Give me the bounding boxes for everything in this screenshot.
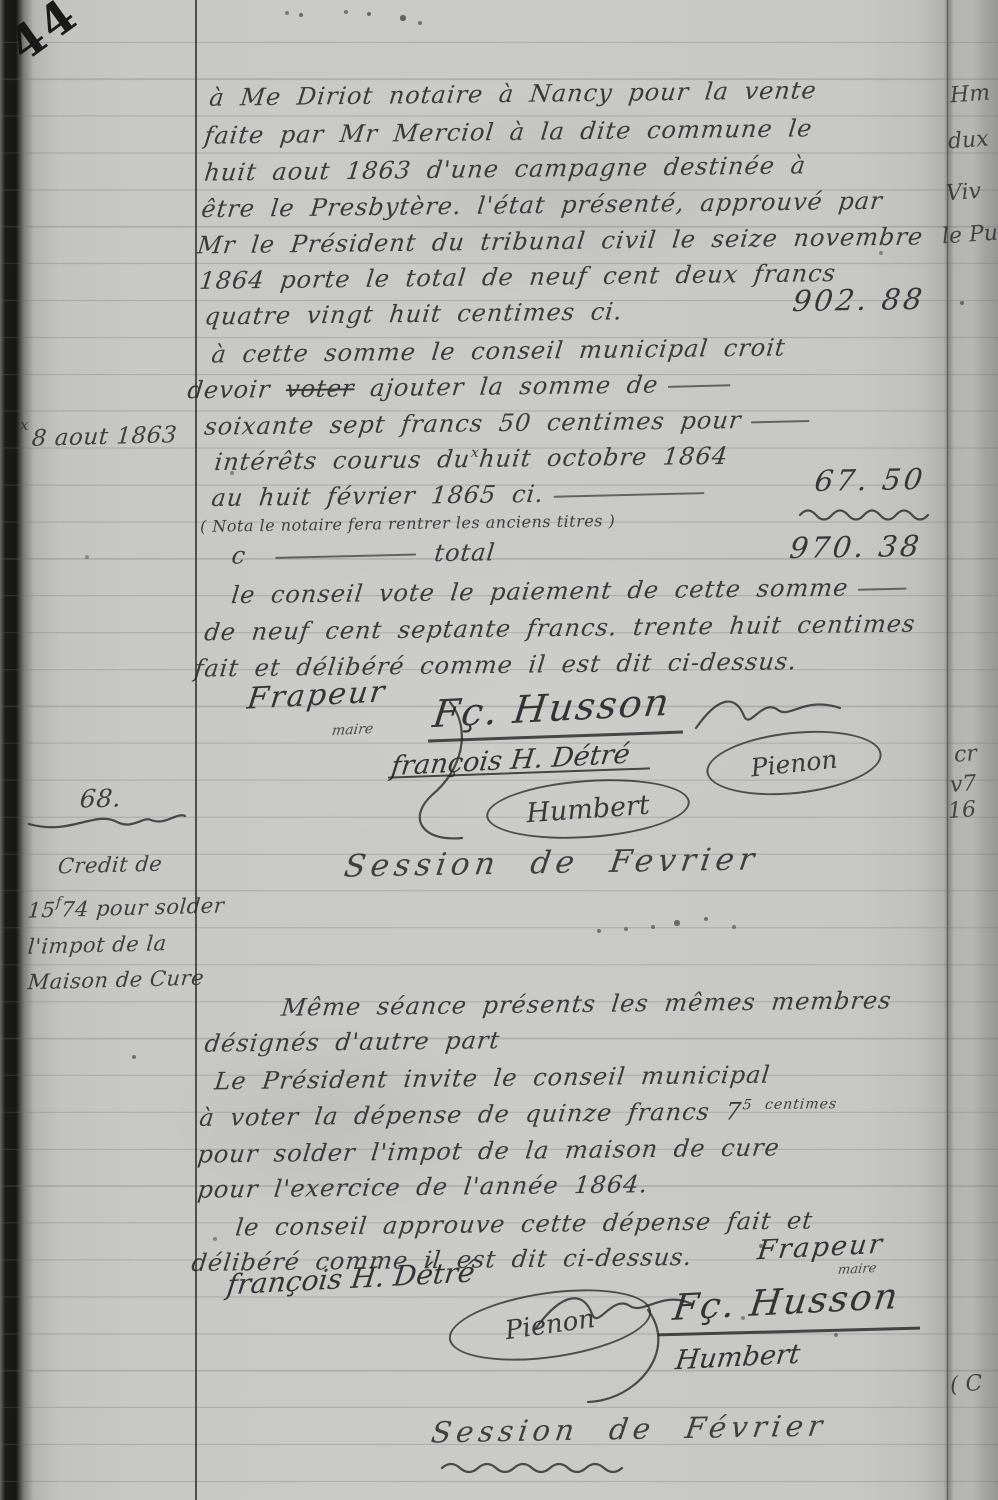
illegible-paraph bbox=[528, 1280, 698, 1410]
ink-dash bbox=[858, 587, 906, 590]
signature-name: Pienon bbox=[749, 744, 838, 782]
margin-credit-line4: Maison de Cure bbox=[27, 966, 205, 995]
text-line: huit aout 1863 d'une campagne destinée à bbox=[203, 151, 808, 186]
text-line: le conseil approuve cette dépense fait e… bbox=[234, 1206, 815, 1241]
facing-page-fragment: dux bbox=[947, 127, 989, 155]
facing-page-fragment: ( C bbox=[949, 1371, 983, 1398]
signature-mayor-title: maire bbox=[837, 1261, 877, 1278]
wavy-rule bbox=[798, 503, 938, 523]
text-line: désignés d'autre part bbox=[203, 1026, 502, 1058]
margin-credit-amount: 15f74 pour solder bbox=[27, 890, 226, 922]
text-line-with-insert: intérêts courus duxhuit octobre 1864 bbox=[213, 442, 730, 476]
text-line: le conseil vote le paiement de cette som… bbox=[230, 573, 908, 609]
text-line: Mr le Président du tribunal civil le sei… bbox=[196, 223, 925, 260]
word: soixante sept francs 50 centimes pour bbox=[203, 406, 743, 441]
register-page: 44 x 8 aout 1863 68. Credit de 15f74 pou… bbox=[0, 0, 998, 1500]
page-number: 44 bbox=[0, 0, 89, 72]
wavy-rule bbox=[440, 1458, 640, 1476]
signature-husson: Fç. Husson bbox=[671, 1276, 902, 1329]
margin-insertion-mark: x bbox=[20, 416, 28, 434]
credit-amount-int: 15 bbox=[27, 898, 57, 923]
text-line: faite par Mr Merciol à la dite commune l… bbox=[203, 114, 814, 149]
text-line: être le Presbytère. l'état présenté, app… bbox=[200, 187, 884, 223]
text-line: fait et délibéré comme il est dit ci-des… bbox=[193, 647, 799, 682]
text-line: de neuf cent septante francs. trente hui… bbox=[203, 610, 917, 647]
text-line: à cette somme le conseil municipal croit bbox=[210, 333, 787, 368]
facing-page-fragment: Hm bbox=[949, 81, 991, 109]
ink-dash bbox=[751, 419, 809, 422]
word: à voter la dépense de quinze francs 7 bbox=[198, 1097, 744, 1132]
signature-humbert: Humbert bbox=[484, 773, 692, 845]
text-line-with-sup: à voter la dépense de quinze francs 75 c… bbox=[198, 1096, 838, 1132]
signature-mayor-title: maire bbox=[331, 721, 374, 739]
word: ajouter la somme de bbox=[369, 371, 660, 403]
ink-specks bbox=[0, 0, 2, 2]
text-line: soixante sept francs 50 centimes pour bbox=[203, 405, 811, 440]
amount-902-88: 902. 88 bbox=[791, 282, 927, 318]
total-label: total bbox=[433, 538, 497, 567]
facing-page-fragment: v7 bbox=[949, 771, 977, 798]
facing-page-fragment: cr bbox=[953, 741, 978, 768]
facing-page-fragment: Viv bbox=[945, 179, 982, 206]
margin-date: 8 aout 1863 bbox=[31, 422, 178, 452]
margin-credit-line3: l'impot de la bbox=[27, 931, 168, 959]
signature-husson: Fç. Husson bbox=[430, 680, 673, 736]
superscript-centimes: 5 centimes bbox=[742, 1096, 838, 1113]
word: le conseil vote le paiement de cette som… bbox=[230, 574, 850, 610]
margin-credit-line1: Credit de bbox=[57, 852, 163, 879]
signature-mayor: Frapeur bbox=[245, 674, 388, 716]
credit-amount-rest: 74 pour solder bbox=[60, 893, 225, 921]
text-line: au huit février 1865 ci. bbox=[210, 478, 706, 512]
text-line-with-strike: devoir voter ajouter la somme de bbox=[186, 370, 732, 405]
word: huit octobre 1864 bbox=[478, 442, 730, 473]
word: intérêts courus du bbox=[213, 445, 472, 476]
word: devoir bbox=[186, 375, 272, 404]
text-line: pour solder l'impot de la maison de cure bbox=[196, 1133, 781, 1168]
nota-line: ( Nota le notaire fera rentrer les ancie… bbox=[200, 511, 616, 536]
facing-page-fragment: 16 bbox=[947, 797, 977, 824]
text-line: pour l'exercice de l'année 1864. bbox=[196, 1170, 650, 1203]
text-line: Même séance présents les mêmes membres bbox=[280, 986, 893, 1021]
text-line: à Me Diriot notaire à Nancy pour la vent… bbox=[208, 76, 818, 111]
text-line: 1864 porte le total de neuf cent deux fr… bbox=[198, 259, 838, 295]
text-line: Le Président invite le conseil municipal bbox=[213, 1061, 772, 1096]
total-line: ctotal bbox=[230, 538, 497, 569]
amount-970-38: 970. 38 bbox=[788, 529, 924, 565]
ink-dash bbox=[276, 553, 417, 558]
entry-number-flourish bbox=[25, 806, 190, 838]
ink-dash bbox=[668, 384, 730, 388]
word: au huit février 1865 ci. bbox=[210, 480, 545, 512]
session-heading-2: Session de Février bbox=[429, 1409, 829, 1450]
signature-humbert: Humbert bbox=[674, 1339, 802, 1376]
signature-name: Humbert bbox=[525, 789, 650, 829]
facing-page-fragment: le Pub bbox=[941, 220, 998, 250]
amount-67-50: 67. 50 bbox=[813, 462, 928, 498]
word: c bbox=[230, 541, 248, 569]
session-heading-1: Session de Fevrier bbox=[342, 841, 762, 884]
text-line: quatre vingt huit centimes ci. bbox=[203, 297, 624, 330]
struck-word: voter bbox=[285, 374, 357, 403]
ink-dash bbox=[554, 492, 705, 498]
